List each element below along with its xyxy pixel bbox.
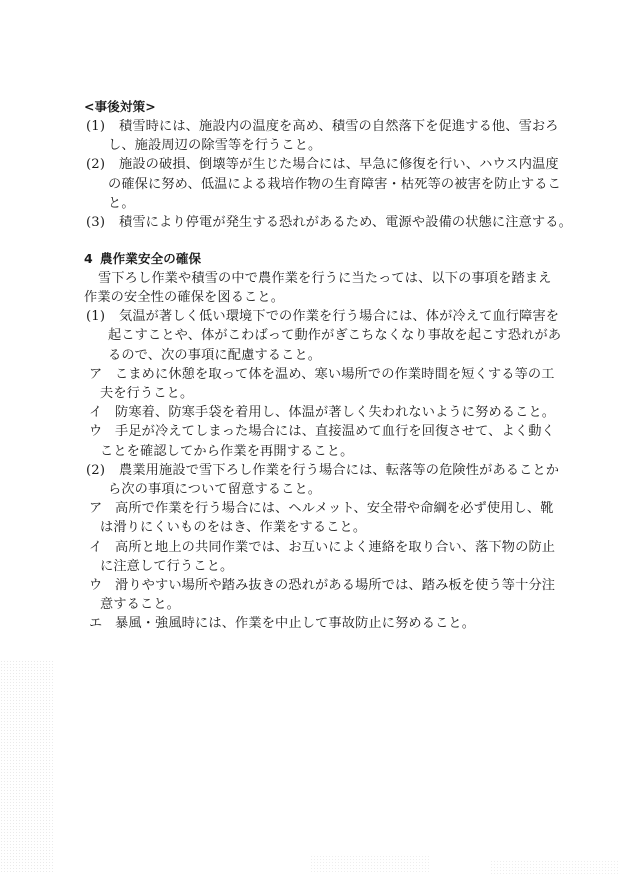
safety-subitem-2c: ウ 滑りやすい場所や踏み抜きの恐れがある場所では、踏み板を使う等十分注 意するこ… — [86, 576, 538, 614]
subitem-text-line: 手足が冷えてしまった場合には、直接温めて血行を回復させて、よく動く — [115, 422, 538, 441]
after-measures-heading: <事後対策> — [84, 96, 538, 117]
after-measure-item-1: (1) 積雪時には、施設内の温度を高め、積雪の自然落下を促進する他、雪おろ し、… — [86, 117, 538, 155]
item-text-line: 気温が著しく低い環境下での作業を行う場合には、体が冷えて血行障害を — [119, 307, 538, 326]
section-4-intro: 雪下ろし作業や積雪の中で農作業を行うに当たっては、以下の事項を踏まえ 作業の安全… — [86, 269, 538, 307]
item-text-line: ら次の事項について留意すること。 — [108, 480, 538, 499]
safety-subitem-2d: エ 暴風・強風時には、作業を中止して事故防止に努めること。 — [86, 614, 538, 633]
scan-noise-bottom — [310, 855, 430, 874]
item-text-line: るので、次の事項に配慮すること。 — [108, 346, 538, 365]
subitem-marker: ア — [89, 499, 125, 518]
subitem-text-line: 意すること。 — [100, 595, 538, 614]
intro-line: 雪下ろし作業や積雪の中で農作業を行うに当たっては、以下の事項を踏まえ — [86, 269, 538, 288]
subitem-text-line: こまめに休憩を取って体を温め、寒い場所での作業時間を短くする等の工 — [115, 365, 538, 384]
safety-subitem-1b: イ 防寒着、防寒手袋を着用し、体温が著しく失われないように努めること。 — [86, 403, 538, 422]
section-4-heading: 4農作業安全の確保 — [84, 249, 538, 269]
document-body: <事後対策> (1) 積雪時には、施設内の温度を高め、積雪の自然落下を促進する他… — [86, 96, 538, 634]
safety-subitem-2a: ア 高所で作業を行う場合には、ヘルメット、安全帯や命綱を必ず使用し、靴 は滑りに… — [86, 499, 538, 537]
subitem-marker: ア — [89, 365, 125, 384]
item-text-line: 積雪により停電が発生する恐れがあるため、電源や設備の状態に注意する。 — [119, 213, 538, 232]
intro-line: 作業の安全性の確保を図ること。 — [84, 288, 538, 307]
subitem-marker: イ — [89, 538, 125, 557]
item-marker: (1) — [86, 307, 122, 326]
safety-subitem-2b: イ 高所と地上の共同作業では、お互いによく連絡を取り合い、落下物の防止 に注意し… — [86, 538, 538, 576]
safety-subitem-1c: ウ 手足が冷えてしまった場合には、直接温めて血行を回復させて、よく動く ことを確… — [86, 422, 538, 460]
after-measure-item-3: (3) 積雪により停電が発生する恐れがあるため、電源や設備の状態に注意する。 — [86, 213, 538, 232]
section-number: 4 — [84, 249, 100, 269]
item-marker: (2) — [86, 155, 122, 174]
item-marker: (2) — [86, 461, 122, 480]
safety-item-1: (1) 気温が著しく低い環境下での作業を行う場合には、体が冷えて血行障害を 起こ… — [86, 307, 538, 365]
item-marker: (3) — [86, 213, 122, 232]
section-title: 農作業安全の確保 — [100, 251, 201, 266]
after-measure-item-2: (2) 施設の破損、倒壊等が生じた場合には、早急に修復を行い、ハウス内温度 の確… — [86, 155, 538, 213]
item-text-line: 起こすことや、体がこわばって動作がぎこちなくなり事故を起こす恐れがあ — [108, 326, 538, 345]
subitem-text-line: 高所と地上の共同作業では、お互いによく連絡を取り合い、落下物の防止 — [115, 538, 538, 557]
item-text-line: 積雪時には、施設内の温度を高め、積雪の自然落下を促進する他、雪おろ — [119, 117, 538, 136]
subitem-text-line: 夫を行うこと。 — [100, 384, 538, 403]
subitem-marker: エ — [89, 614, 125, 633]
scan-noise-bottom-right — [490, 860, 618, 874]
subitem-text-line: 暴風・強風時には、作業を中止して事故防止に努めること。 — [115, 614, 538, 633]
item-marker: (1) — [86, 117, 122, 136]
item-text-line: し、施設周辺の除雪等を行うこと。 — [108, 136, 538, 155]
item-text-line: と。 — [108, 194, 538, 213]
subitem-marker: ウ — [89, 576, 125, 595]
subitem-text-line: 高所で作業を行う場合には、ヘルメット、安全帯や命綱を必ず使用し、靴 — [115, 499, 538, 518]
item-text-line: 農業用施設で雪下ろし作業を行う場合には、転落等の危険性があることか — [119, 461, 538, 480]
subitem-text-line: 防寒着、防寒手袋を着用し、体温が著しく失われないように努めること。 — [115, 403, 538, 422]
subitem-marker: イ — [89, 403, 125, 422]
safety-item-2: (2) 農業用施設で雪下ろし作業を行う場合には、転落等の危険性があることか ら次… — [86, 461, 538, 499]
safety-subitem-1a: ア こまめに休憩を取って体を温め、寒い場所での作業時間を短くする等の工 夫を行う… — [86, 365, 538, 403]
scan-noise-left — [0, 660, 55, 874]
subitem-text-line: に注意して行うこと。 — [100, 557, 538, 576]
subitem-text-line: ことを確認してから作業を再開すること。 — [100, 442, 538, 461]
subitem-text-line: 滑りやすい場所や踏み抜きの恐れがある場所では、踏み板を使う等十分注 — [115, 576, 538, 595]
subitem-text-line: は滑りにくいものをはき、作業をすること。 — [100, 518, 538, 537]
document-page: <事後対策> (1) 積雪時には、施設内の温度を高め、積雪の自然落下を促進する他… — [0, 0, 618, 874]
subitem-marker: ウ — [89, 422, 125, 441]
item-text-line: の確保に努め、低温による栽培作物の生育障害・枯死等の被害を防止するこ — [108, 175, 538, 194]
item-text-line: 施設の破損、倒壊等が生じた場合には、早急に修復を行い、ハウス内温度 — [119, 155, 538, 174]
